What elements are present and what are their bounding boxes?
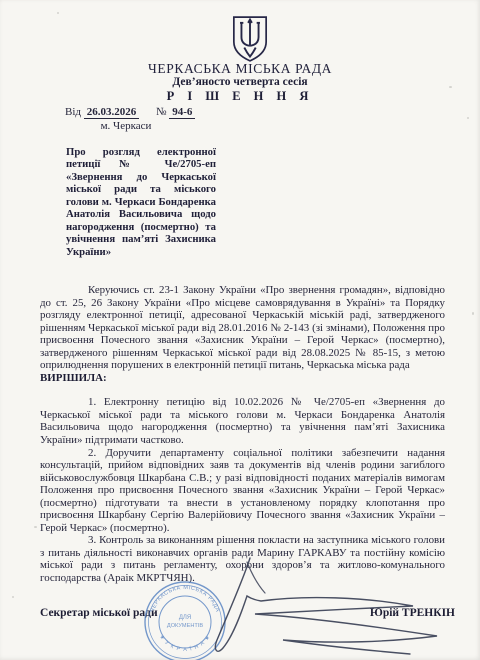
subject-block: Про розгляд електронної петиції № Че/270…	[66, 146, 216, 258]
document-body: Керуючись ст. 23-1 Закону України «Про з…	[40, 284, 445, 585]
preamble-paragraph: Керуючись ст. 23-1 Закону України «Про з…	[40, 284, 445, 372]
council-name: ЧЕРКАСЬКА МІСЬКА РАДА	[0, 61, 480, 77]
resolved-label: ВИРІШИЛА:	[40, 372, 445, 385]
session-title: Дев’яносто четверта сесія	[0, 76, 480, 88]
number-value: 94-6	[169, 106, 195, 119]
resolution-item-1: 1. Електронну петицію від 10.02.2026 № Ч…	[40, 396, 445, 446]
tryzub-emblem-icon	[231, 15, 269, 63]
city-line: м. Черкаси	[65, 120, 187, 132]
scan-speck	[12, 596, 14, 598]
date-label: Від	[65, 106, 81, 118]
signer-position: Секретар міської ради	[40, 607, 158, 619]
scan-speck	[449, 86, 452, 88]
scan-speck	[34, 526, 37, 528]
scanned-document-page: ЧЕРКАСЬКА МІСЬКА РАДА Дев’яносто четверт…	[0, 0, 480, 660]
document-type-title: Р І Ш Е Н Н Я	[0, 89, 480, 104]
resolution-item-2: 2. Доручити департаменту соціальної полі…	[40, 447, 445, 535]
date-value: 26.03.2026	[84, 106, 140, 119]
date-number-line: Від 26.03.2026 № 94-6	[65, 106, 195, 118]
scan-speck	[467, 117, 469, 119]
scan-speck	[57, 12, 59, 14]
scan-speck	[472, 312, 474, 315]
handwritten-signature	[185, 552, 451, 660]
number-label: №	[156, 106, 167, 118]
